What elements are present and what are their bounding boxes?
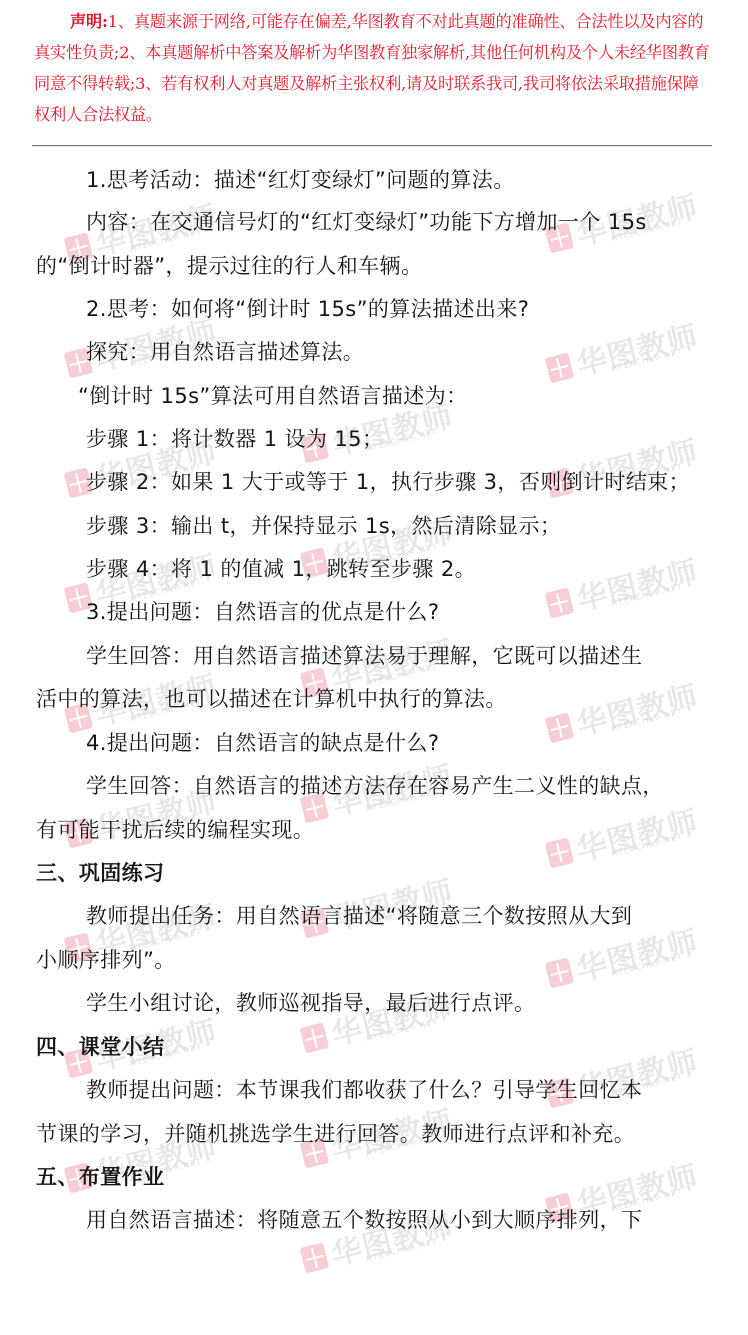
content-line-cont: 的“倒计时器”，提示过往的行人和车辆。: [0, 251, 748, 281]
question-4-line: 4.提出问题：自然语言的缺点是什么?: [0, 728, 748, 758]
step-3-line: 步骤 3：输出 t，并保持显示 1s，然后清除显示；: [0, 511, 748, 541]
practice-task-line-cont: 小顺序排列”。: [0, 945, 748, 975]
step-1-line: 步骤 1：将计数器 1 设为 15；: [0, 424, 748, 454]
section-heading-homework: 五、布置作业: [0, 1162, 748, 1192]
activity-1-line: 1.思考活动：描述“红灯变绿灯”问题的算法。: [0, 165, 748, 195]
header-divider: [32, 145, 712, 147]
section-heading-practice: 三、巩固练习: [0, 858, 748, 888]
summary-question-line: 教师提出问题：本节课我们都收获了什么？引导学生回忆本: [0, 1075, 748, 1105]
homework-line: 用自然语言描述：将随意五个数按照从小到大顺序排列，下: [0, 1205, 748, 1235]
content-line: 内容：在交通信号灯的“红灯变绿灯”功能下方增加一个 15s: [0, 207, 748, 237]
summary-question-line-cont: 节课的学习，并随机挑选学生进行回答。教师进行点评和补充。: [0, 1119, 748, 1149]
disclaimer-text: 1、真题来源于网络,可能存在偏差,华图教育不对此真题的准确性、合法性以及内容的真…: [34, 12, 710, 124]
step-2-line: 步骤 2：如果 1 大于或等于 1，执行步骤 3，否则倒计时结束；: [0, 467, 748, 497]
section-heading-summary: 四、课堂小结: [0, 1032, 748, 1062]
step-4-line: 步骤 4：将 1 的值减 1，跳转至步骤 2。: [0, 554, 748, 584]
think-2-line: 2.思考：如何将“倒计时 15s”的算法描述出来?: [0, 294, 748, 324]
practice-discussion-line: 学生小组讨论，教师巡视指导，最后进行点评。: [0, 988, 748, 1018]
disclaimer-notice: 声明:1、真题来源于网络,可能存在偏差,华图教育不对此真题的准确性、合法性以及内…: [34, 6, 714, 130]
document-page: 华图教师HTEACHER.NET 华图教师HTEACHER.NET 华图教师HT…: [0, 0, 748, 1335]
answer-4-line-cont: 有可能干扰后续的编程实现。: [0, 815, 748, 845]
answer-3-line-cont: 活中的算法，也可以描述在计算机中执行的算法。: [0, 684, 748, 714]
practice-task-line: 教师提出任务：用自然语言描述“将随意三个数按照从大到: [0, 901, 748, 931]
answer-4-line: 学生回答：自然语言的描述方法存在容易产生二义性的缺点，: [0, 771, 748, 801]
disclaimer-label: 声明:: [70, 12, 108, 31]
question-3-line: 3.提出问题：自然语言的优点是什么?: [0, 597, 748, 627]
algorithm-intro-line: “倒计时 15s”算法可用自然语言描述为：: [0, 381, 748, 411]
explore-line: 探究：用自然语言描述算法。: [0, 337, 748, 367]
answer-3-line: 学生回答：用自然语言描述算法易于理解，它既可以描述生: [0, 641, 748, 671]
